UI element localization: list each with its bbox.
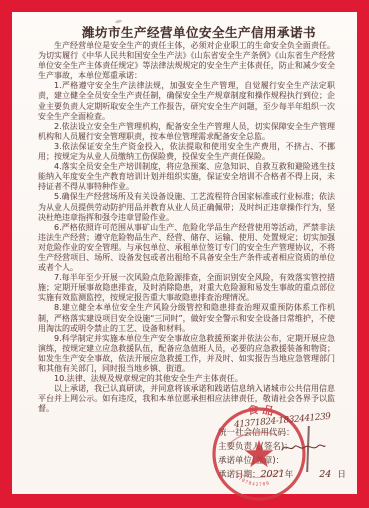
svg-text:3707842700: 3707842700 [234,474,271,488]
commitment-item-9: 9.科学制定并实施本单位生产安全事故应急救援预案并依法公布，定期开展应急演练，按… [38,334,335,374]
commitment-item-2: 2.依法设立安全生产管理机构，配备安全生产管理人员，切实保障安全生产管理机构和人… [38,122,335,142]
seal-bottom-code: 3707842700 [234,474,271,488]
handwritten-day: 24 [319,469,331,480]
commitment-item-7: 7.每半年至少开展一次风险点危险源排查，全面识别安全风险，有效落实管控措施；定期… [38,273,335,303]
scan-smudge [115,19,122,23]
intro-paragraph: 生产经营单位是安全生产的责任主体，必须对企业职工的生命安全负全面责任。为切实履行… [38,41,335,81]
seal-worn-mark [228,432,276,445]
commitment-item-8: 8.建立健全本单位安全生产风险分级管控和隐患排查治理双重预防体系工作机制，严格落… [38,303,335,333]
commitment-item-5: 5.确保生产经营场所及有关设备设施、工艺流程符合国家标准或行业标准；依法为从业人… [38,192,335,222]
day-suffix: 日 [337,470,346,480]
document-scan: 潍坊市生产经营单位安全生产信用承诺书 生产经营单位是安全生产的责任主体，必须对企… [0,0,369,508]
handwritten-signature [280,441,326,454]
commitment-item-6: 6.严格依照许可范围从事矿山生产、危险化学品生产经营使用等活动，严禁非法违法生产… [38,223,335,273]
document-title: 潍坊市生产经营单位安全生产信用承诺书 [38,25,335,41]
commitment-item-10: 10.法律、法规及规章规定的其他安全生产主体责任。 [38,374,335,384]
letter-page: 潍坊市生产经营单位安全生产信用承诺书 生产经营单位是安全生产的责任主体，必须对企… [12,12,357,494]
commitment-item-3: 3.依法保证安全生产资金投入，依法提取和使用安全生产费用，不挤占、不挪用；按规定… [38,142,335,162]
commitment-item-4: 4.落实全员安全生产培训制度，将应急预案、应急知识、自救互救和避险逃生技能纳入年… [38,162,335,192]
seal-worn-mark-2 [234,469,282,478]
letter-body: 潍坊市生产经营单位安全生产信用承诺书 生产经营单位是安全生产的责任主体，必须对企… [38,25,335,414]
commitment-item-1: 1.严格遵守安全生产法律法规，加强安全生产管理，自觉履行安全生产法定职责，建立健… [38,81,335,121]
star-icon [245,440,274,467]
